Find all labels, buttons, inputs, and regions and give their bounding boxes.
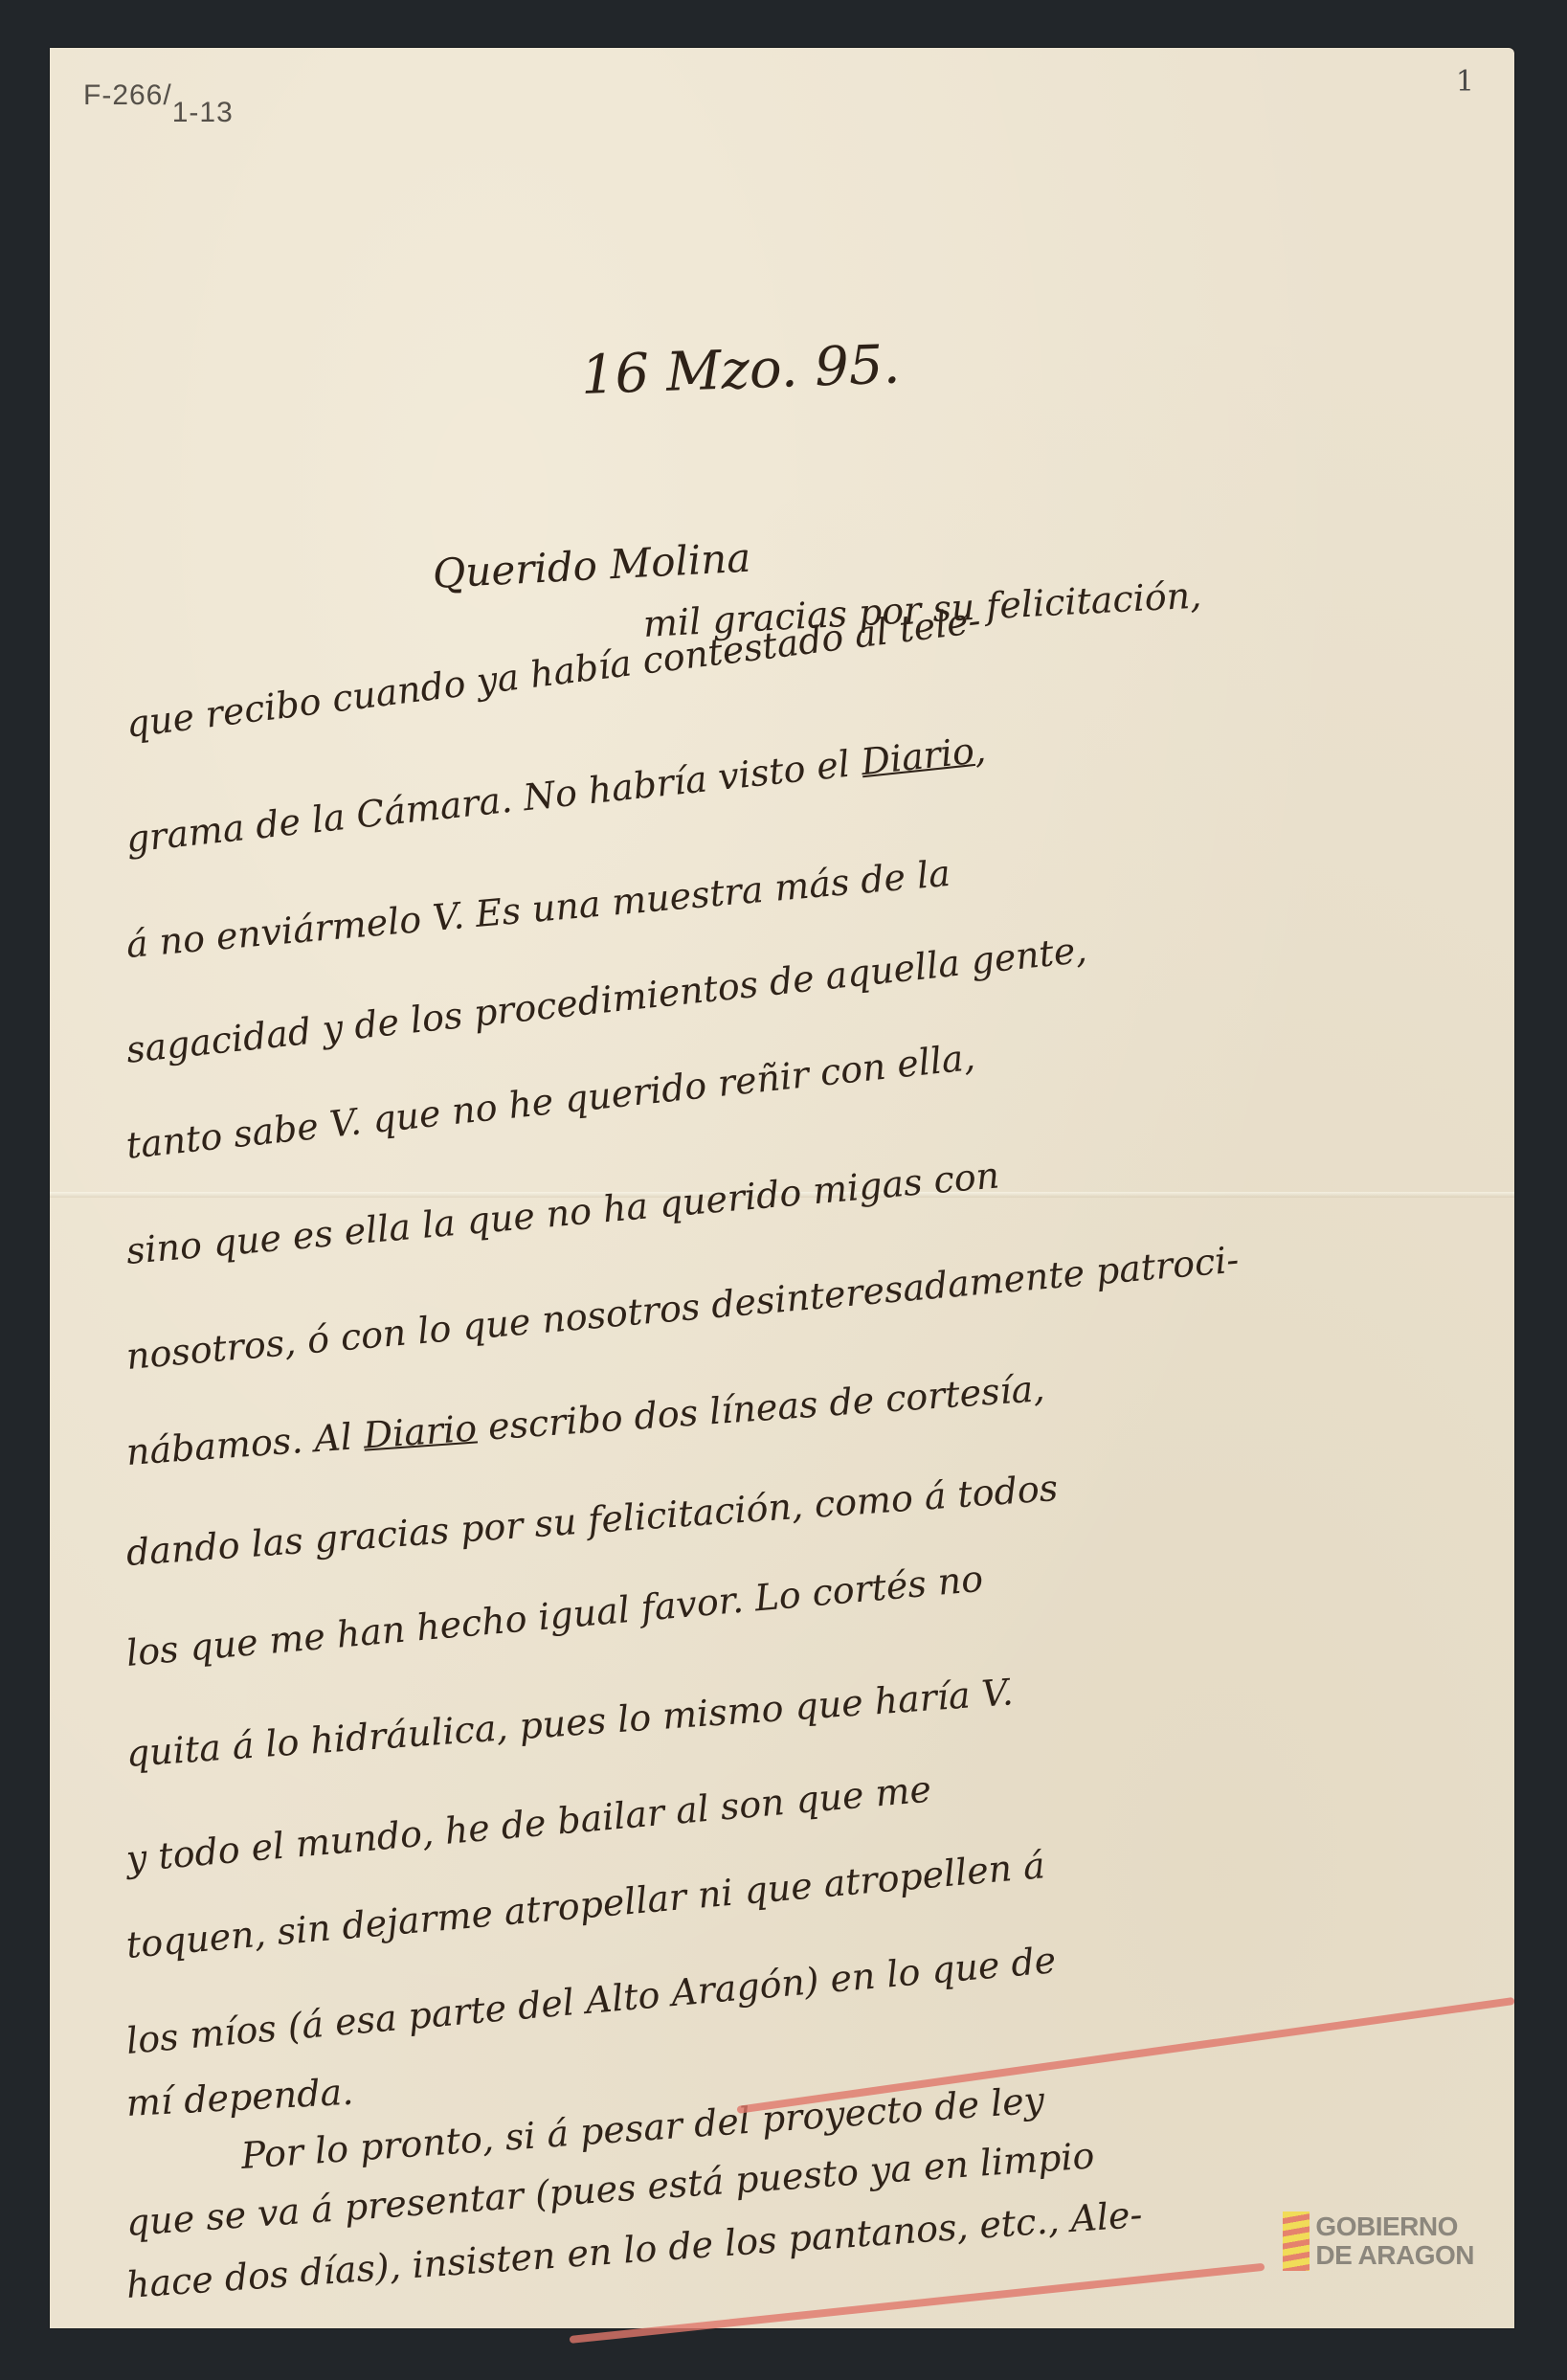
letter-line: nosotros, ó con lo que nosotros desinter… [124,1238,1241,1377]
archive-reference-sub: 1-13 [172,97,234,128]
watermark-line-2: DE ARAGON [1315,2241,1474,2270]
letter-line: dando las gracias por su felicitación, c… [124,1467,1059,1574]
letter-page: F-266/1-13 1 16 Mzo. 95. Querido Molina … [50,48,1514,2328]
red-pencil-underline [570,2263,1265,2344]
letter-line: mí dependa. [125,2071,354,2124]
watermark-line-1: GOBIERNO [1315,2212,1474,2241]
letter-line: los míos (á esa parte del Alto Aragón) e… [124,1939,1058,2062]
aragon-flag-icon [1283,2212,1310,2271]
gobierno-de-aragon-watermark: GOBIERNO DE ARAGON [1283,2212,1474,2271]
letter-line: nábamos. Al Diario escribo dos líneas de… [124,1367,1045,1473]
document-viewer: F-266/1-13 1 16 Mzo. 95. Querido Molina … [0,0,1567,2380]
letter-line: que recibo cuando ya había contestado al… [123,599,982,746]
letter-line: los que me han hecho igual favor. Lo cor… [124,1558,985,1674]
watermark-text: GOBIERNO DE ARAGON [1315,2212,1474,2270]
page-number: 1 [1456,65,1474,99]
archive-reference-main: F-266/ [83,79,172,111]
letter-line: á no enviármelo V. Es una muestra más de… [124,852,951,966]
letter-line: sino que es ella la que no ha querido mi… [124,1154,1001,1272]
letter-line: grama de la Cámara. No habría visto el D… [124,729,988,861]
letter-date: 16 Mzo. 95. [580,333,901,407]
archive-reference: F-266/1-13 [83,79,234,112]
letter-line: quita á lo hidráulica, pues lo mismo que… [124,1671,1014,1775]
red-pencil-underline [736,1997,1514,2114]
letter-greeting: Querido Molina [432,534,752,597]
underlined-word: Diario [859,730,975,783]
underlined-word: Diario [362,1406,478,1456]
